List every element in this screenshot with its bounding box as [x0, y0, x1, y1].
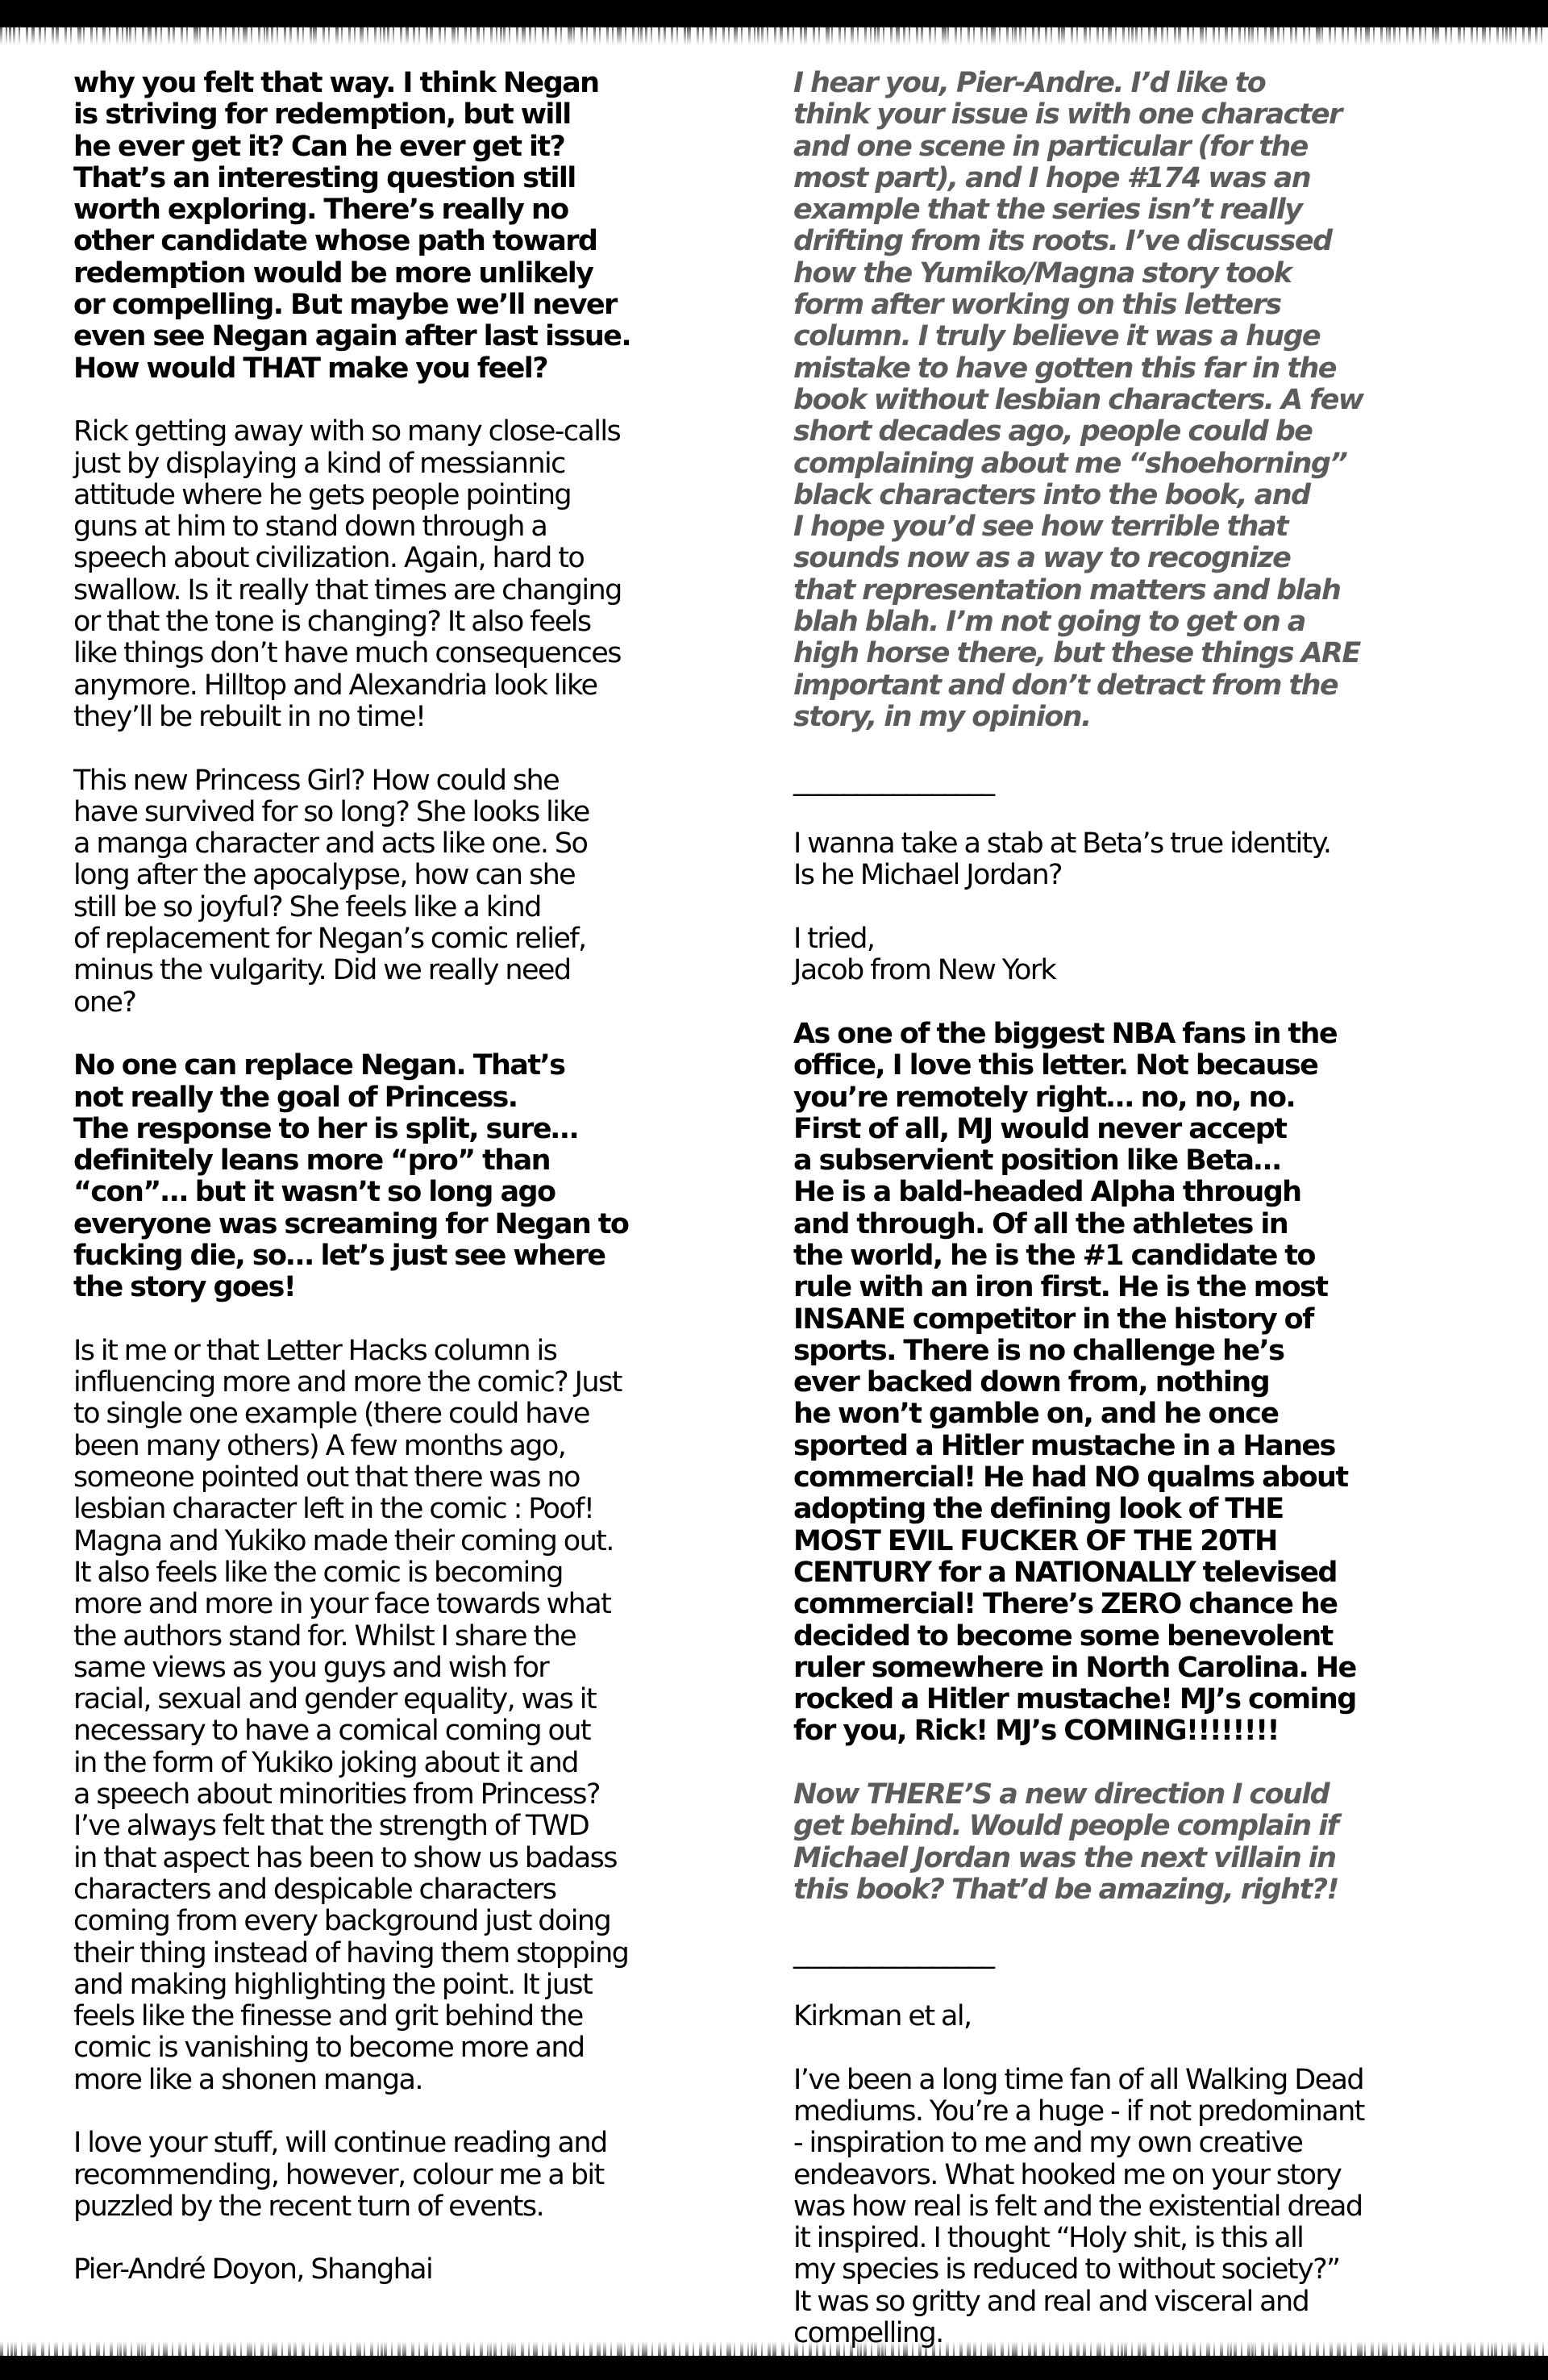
editor-reply-mj: As one of the biggest NBA fans in the of…: [793, 1019, 1503, 1748]
editor-reply-negan-redemption: why you felt that way. I think Negan is …: [73, 68, 767, 385]
editor-reply-pier-andre: I hear you, Pier-Andre. I’d like to thin…: [793, 68, 1503, 733]
letter-paragraph-rick: Rick getting away with so many close-cal…: [73, 416, 767, 733]
right-column: I hear you, Pier-Andre. I’d like to thin…: [793, 68, 1503, 2380]
editor-reply-new-direction: Now THERE’S a new direction I could get …: [793, 1779, 1503, 1906]
letter-signature-jacob: I tried, Jacob from New York: [793, 923, 1503, 987]
left-column: why you felt that way. I think Negan is …: [73, 68, 767, 2318]
letter-signature: Pier-André Doyon, Shanghai: [73, 2254, 767, 2286]
letter-paragraph-closing: I love your stuff, will continue reading…: [73, 2128, 767, 2223]
letter-paragraph-princess: This new Princess Girl? How could she ha…: [73, 765, 767, 1019]
top-torn-border-texture: [0, 24, 1548, 45]
section-divider: ________________: [793, 1938, 1503, 1969]
top-torn-border: [0, 0, 1548, 27]
letter-paragraph-beta: I wanna take a stab at Beta’s true ident…: [793, 828, 1503, 892]
letter-salutation: Kirkman et al,: [793, 2001, 1503, 2032]
editor-reply-princess: No one can replace Negan. That’s not rea…: [73, 1050, 767, 1303]
section-divider: ________________: [793, 765, 1503, 797]
bottom-torn-border: [0, 2356, 1548, 2380]
letter-paragraph-fan: I’ve been a long time fan of all Walking…: [793, 2065, 1503, 2350]
letter-paragraph-letter-hacks: Is it me or that Letter Hacks column is …: [73, 1336, 767, 2096]
